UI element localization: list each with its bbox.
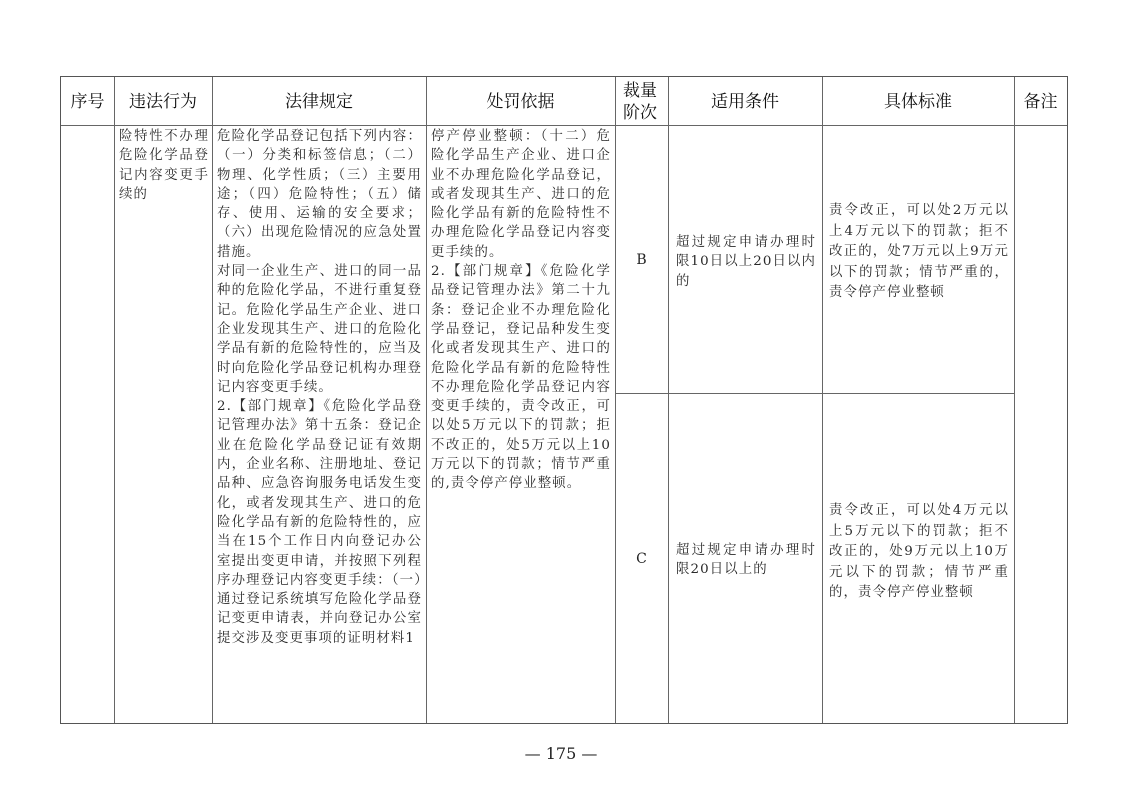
header-remarks: 备注 [1014, 77, 1067, 126]
column-divider [114, 77, 115, 723]
standard-c-cell: 责令改正，可以处4万元以上5万元以下的罚款；拒不改正的，处9万元以上10万元以下… [829, 501, 1009, 604]
header-specific-standard: 具体标准 [822, 77, 1014, 126]
grade-b-cell: B [615, 126, 668, 393]
header-discretion-level: 裁量阶次 [618, 77, 662, 126]
column-divider [822, 77, 823, 723]
column-divider [212, 77, 213, 723]
column-divider [1014, 77, 1015, 723]
penalty-discretion-table: 序号 违法行为 法律规定 处罚依据 裁量阶次 适用条件 具体标准 备注 险特性不… [60, 76, 1068, 724]
header-penalty-basis: 处罚依据 [426, 77, 615, 126]
column-divider [668, 77, 669, 723]
header-applicable-condition: 适用条件 [668, 77, 822, 126]
grade-c-cell: C [615, 394, 668, 724]
condition-c-cell: 超过规定申请办理时限20日以上的 [676, 541, 816, 580]
column-divider [426, 77, 427, 723]
standard-b-cell: 责令改正，可以处2万元以上4万元以下的罚款；拒不改正的，处7万元以上9万元以下的… [829, 201, 1009, 304]
page-number: — 175 — [0, 744, 1122, 763]
header-seq: 序号 [61, 77, 114, 126]
penalty-basis-cell: 停产停业整顿：（十二）危险化学品生产企业、进口企业不办理危险化学品登记，或者发现… [431, 127, 611, 494]
header-legal-provision: 法律规定 [212, 77, 426, 126]
legal-provision-cell: 危险化学品登记包括下列内容：（一）分类和标签信息；（二）物理、化学性质；（三）主… [217, 127, 422, 648]
condition-b-cell: 超过规定申请办理时限10日以上20日以内的 [676, 233, 816, 291]
header-violation: 违法行为 [114, 77, 212, 126]
row-divider [615, 393, 1014, 394]
violation-cell: 险特性不办理危险化学品登记内容变更手续的 [119, 127, 209, 204]
